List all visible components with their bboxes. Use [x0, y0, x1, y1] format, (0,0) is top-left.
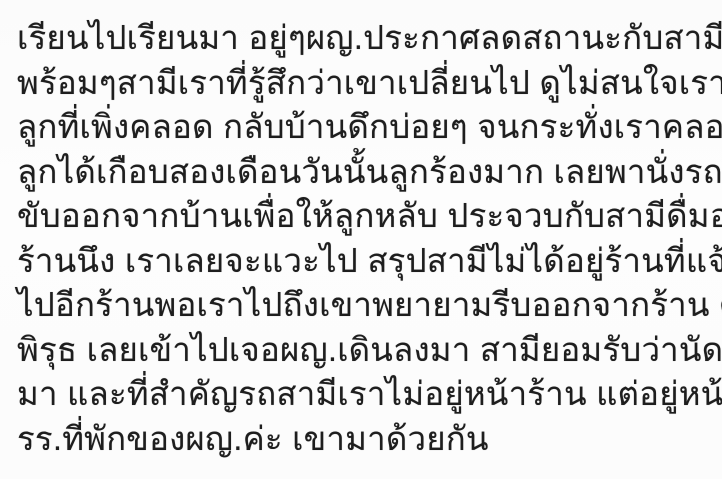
- text-line: รร.ที่พักของผญ.ค่ะ เขามาด้วยกัน: [17, 417, 708, 462]
- text-line: เรียนไปเรียนมา อยู่ๆผญ.ประกาศลดสถานะกับส…: [17, 16, 708, 61]
- text-line: มา และที่สำคัญรถสามีเราไม่อยู่หน้าร้าน แ…: [17, 372, 708, 417]
- text-line: ลูกได้เกือบสองเดือนวันนั้นลูกร้องมาก เลย…: [17, 150, 708, 195]
- text-document: เรียนไปเรียนมา อยู่ๆผญ.ประกาศลดสถานะกับส…: [0, 0, 722, 479]
- text-line: ขับออกจากบ้านเพื่อให้ลูกหลับ ประจวบกับสา…: [17, 194, 708, 239]
- text-line: พิรุธ เลยเข้าไปเจอผญ.เดินลงมา สามียอมรับ…: [17, 328, 708, 373]
- text-line: ไปอีกร้านพอเราไปถึงเขาพยายามรีบออกจากร้า…: [17, 283, 708, 328]
- text-line: ลูกที่เพิ่งคลอด กลับบ้านดึกบ่อยๆ จนกระทั…: [17, 105, 708, 150]
- text-line: ร้านนึง เราเลยจะแวะไป สรุปสามีไม่ได้อยู่…: [17, 239, 708, 284]
- text-line: พร้อมๆสามีเราที่รู้สึกว่าเขาเปลี่ยนไป ดู…: [17, 61, 708, 106]
